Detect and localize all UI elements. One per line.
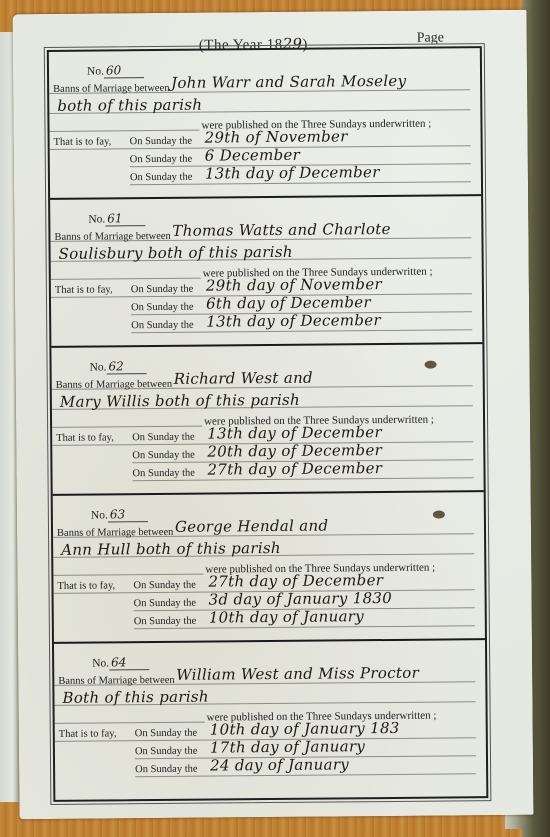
couple-names: George Hendal and [175,517,328,536]
banns-entry: No.63 Banns of Marriage between George H… [53,492,485,644]
banns-entry: No.64 Banns of Marriage between William … [54,640,486,800]
names-line-2: Soulisbury both of this parish [51,240,472,262]
couple-names: William West and Miss Proctor [176,664,419,684]
register-page: (The Year 1829) Page No.60 Banns of Marr… [12,10,533,819]
sunday-3: On Sunday the 10th day of January [134,608,475,629]
banns-register-table: No.60 Banns of Marriage between John War… [47,46,489,802]
sunday-3: On Sunday the 24 day of January [135,756,476,777]
banns-entry: No.61 Banns of Marriage between Thomas W… [50,196,482,348]
couple-names: Richard West and [174,369,313,388]
names-line-1: Banns of Marriage between Thomas Watts a… [50,220,471,242]
names-line-1: Banns of Marriage between William West a… [54,664,475,686]
names-line-1: Banns of Marriage between John Warr and … [49,72,470,94]
names-line-2: both of this parish [49,92,470,114]
page-label: Page [417,30,444,46]
names-line-2: Ann Hull both of this parish [53,536,474,558]
names-line-1: Banns of Marriage between Richard West a… [52,368,473,390]
couple-names: John Warr and Sarah Moseley [171,72,406,92]
couple-names: Thomas Watts and Charlote [172,220,391,240]
sunday-3: On Sunday the 13th day of December [130,164,471,185]
banns-entry: No.60 Banns of Marriage between John War… [49,48,481,200]
names-line-2: Mary Willis both of this parish [52,388,473,410]
names-line-1: Banns of Marriage between George Hendal … [53,516,474,538]
sunday-3: On Sunday the 13th day of December [131,312,472,333]
ink-blot [425,361,437,369]
sunday-3: On Sunday the 27th day of December [132,460,473,481]
banns-entry: No.62 Banns of Marriage between Richard … [51,344,483,496]
names-line-2: Both of this parish [54,684,475,706]
